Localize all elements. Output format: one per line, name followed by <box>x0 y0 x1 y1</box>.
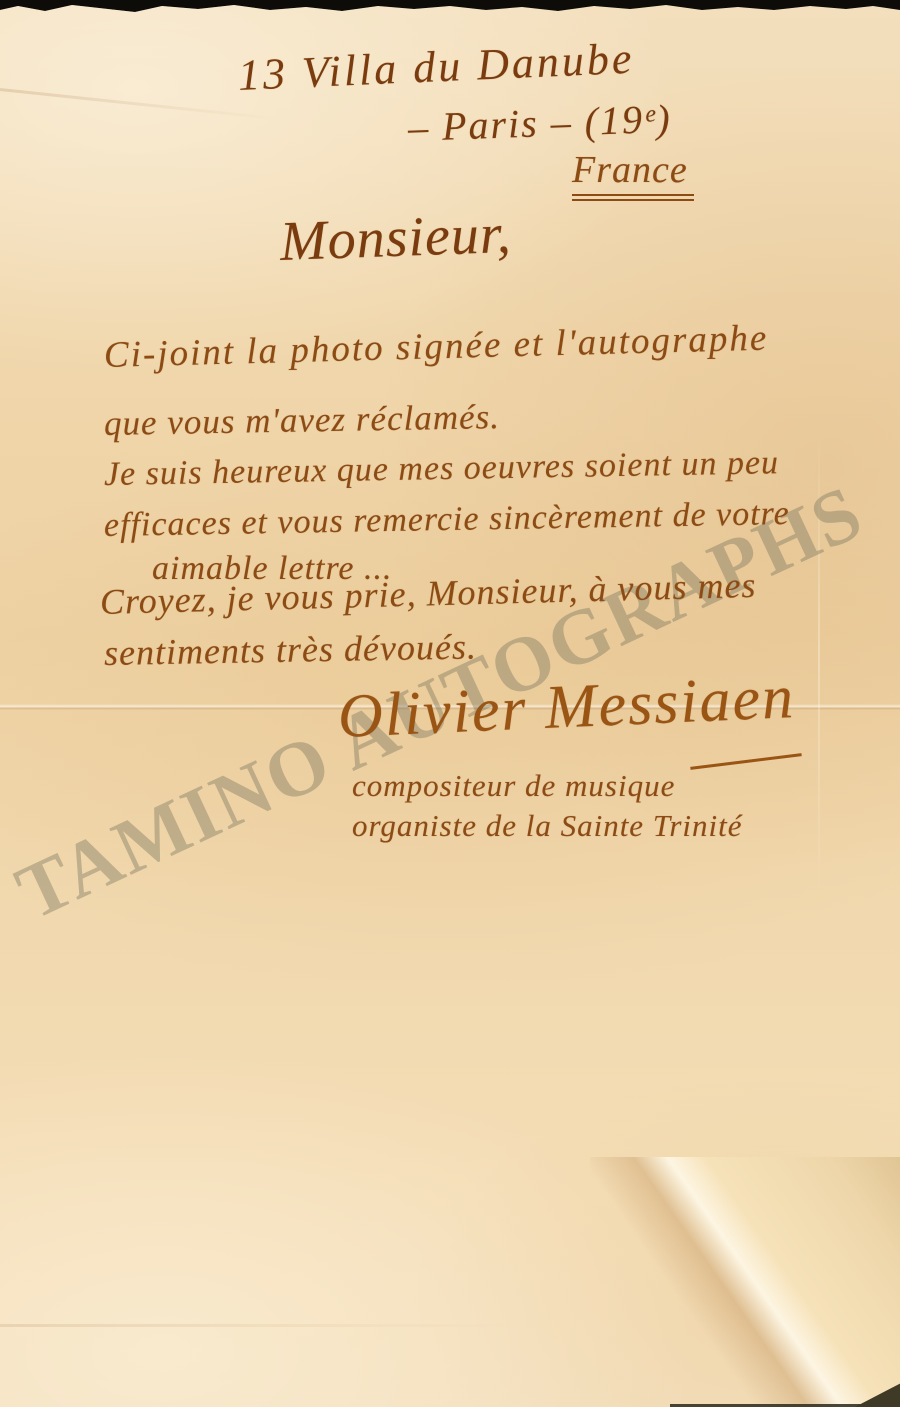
signature-title-2: organiste de la Sainte Trinité <box>352 808 743 844</box>
address-country: France <box>572 148 694 192</box>
body-line-1: Ci-joint la photo signée et l'autographe <box>103 317 768 377</box>
body-line-4: efficaces et vous remercie sincèrement d… <box>104 495 790 545</box>
body-line-3: Je suis heureux que mes oeuvres soient u… <box>104 444 780 494</box>
paper-crease-bottom <box>0 1324 520 1327</box>
signature-title-1: compositeur de musique <box>352 768 675 804</box>
paper-crease-top-left <box>0 88 279 120</box>
address-line-1: 13 Villa du Danube <box>237 33 635 101</box>
scan-background: { "colors": { "ink_dark": "#7a3c0e", "in… <box>0 0 900 1407</box>
corner-shadow <box>852 1381 900 1407</box>
paper-crease-vertical <box>818 424 820 894</box>
salutation: Monsieur, <box>279 202 513 274</box>
country-double-underline: France <box>572 149 694 201</box>
body-line-2: que vous m'avez réclamés. <box>104 397 501 444</box>
letter-paper: TAMINO AUTOGRAPHS 13 Villa du Danube – P… <box>0 4 900 1407</box>
address-line-2: – Paris – (19ᵉ) <box>407 95 672 151</box>
corner-curl <box>590 1157 900 1407</box>
signature-flourish <box>690 753 802 770</box>
body-line-7: sentiments très dévoués. <box>104 625 478 674</box>
signature-name: Olivier Messiaen <box>336 662 796 753</box>
